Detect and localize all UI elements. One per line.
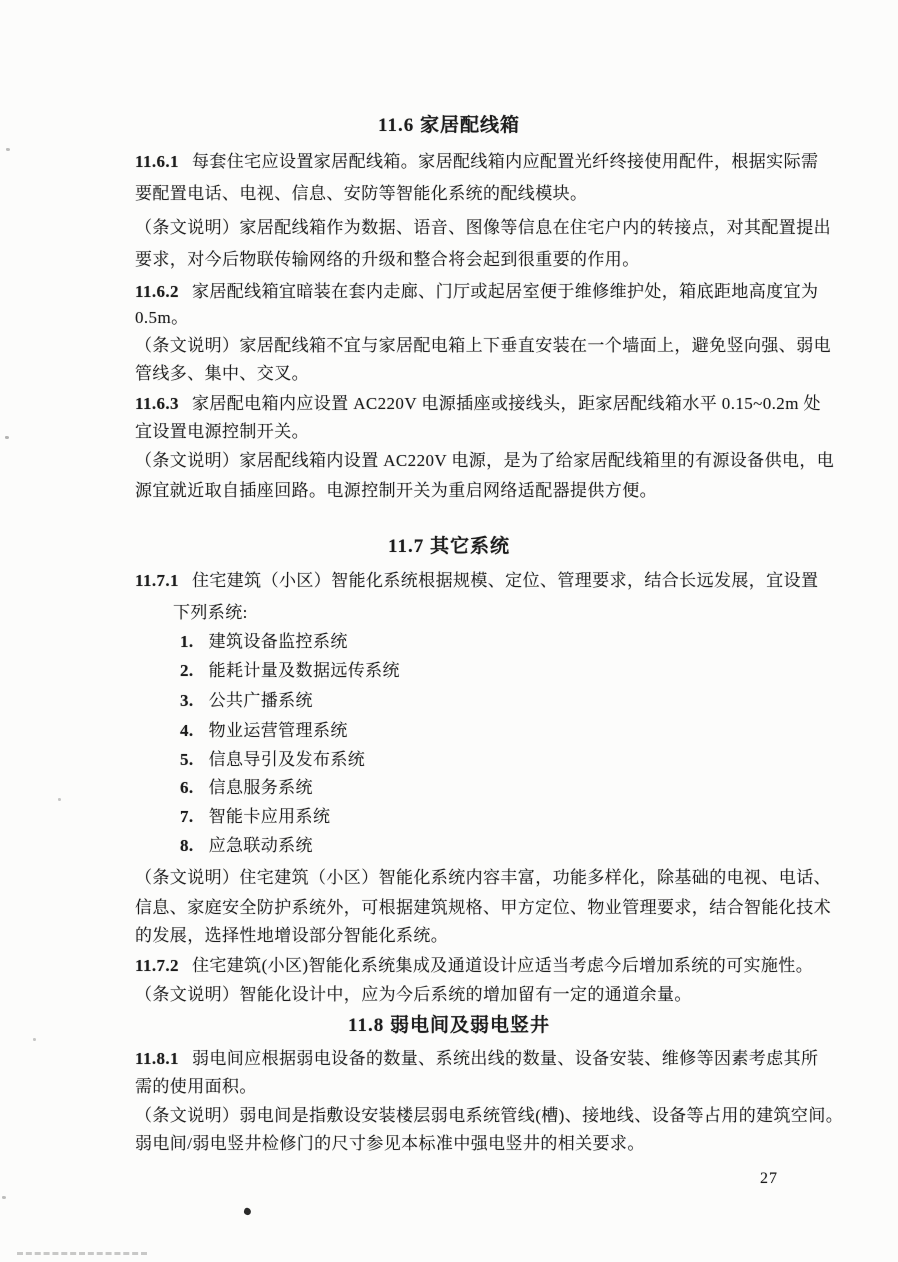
clause-line: 11.6.1每套住宅应设置家居配线箱。家居配线箱内应配置光纤终接使用配件，根据实… bbox=[135, 147, 795, 172]
section-heading-11-7: 11.7 其它系统 bbox=[0, 531, 898, 558]
body-line: 需的使用面积。 bbox=[135, 1072, 795, 1097]
line-text: 住宅建筑（小区）智能化系统根据规模、定位、管理要求，结合长远发展，宜设置 bbox=[192, 571, 818, 590]
line-text: 住宅建筑(小区)智能化系统集成及通道设计应适当考虑今后增加系统的可实施性。 bbox=[192, 956, 813, 975]
commentary-line: 弱电间/弱电竖井检修门的尺寸参见本标准中强电竖井的相关要求。 bbox=[135, 1129, 795, 1154]
commentary-line: （条文说明）家居配线箱作为数据、语音、图像等信息在住宅户内的转接点，对其配置提出 bbox=[135, 213, 795, 238]
commentary-line: 要求，对今后物联传输网络的升级和整合将会起到很重要的作用。 bbox=[135, 245, 795, 270]
line-text: 每套住宅应设置家居配线箱。家居配线箱内应配置光纤终接使用配件，根据实际需 bbox=[192, 152, 818, 171]
list-item-text: 建筑设备监控系统 bbox=[209, 632, 348, 651]
list-number: 5. bbox=[180, 750, 194, 769]
scan-artifact bbox=[6, 148, 10, 151]
list-number: 8. bbox=[180, 836, 194, 855]
list-item: 6.信息服务系统 bbox=[180, 773, 840, 798]
scan-artifact bbox=[243, 1207, 252, 1216]
list-item-text: 信息导引及发布系统 bbox=[209, 750, 366, 769]
scan-artifact bbox=[33, 1038, 36, 1041]
list-item-text: 公共广播系统 bbox=[209, 691, 313, 710]
scan-artifact bbox=[17, 1252, 147, 1255]
list-item: 4.物业运营管理系统 bbox=[180, 716, 840, 741]
scan-artifact bbox=[5, 436, 9, 439]
list-item-text: 信息服务系统 bbox=[209, 778, 313, 797]
list-number: 1. bbox=[180, 632, 194, 651]
commentary-line: 管线多、集中、交叉。 bbox=[135, 359, 795, 384]
list-number: 3. bbox=[180, 691, 194, 710]
commentary-line: （条文说明）住宅建筑（小区）智能化系统内容丰富，功能多样化，除基础的电视、电话、 bbox=[135, 863, 795, 888]
list-number: 6. bbox=[180, 778, 194, 797]
clause-number: 11.6.1 bbox=[135, 152, 179, 171]
line-text: 家居配电箱内应设置 AC220V 电源插座或接线头，距家居配线箱水平 0.15~… bbox=[192, 394, 821, 413]
list-item: 7.智能卡应用系统 bbox=[180, 802, 840, 827]
list-number: 2. bbox=[180, 661, 194, 680]
page-number: 27 bbox=[760, 1170, 778, 1188]
clause-number: 11.6.2 bbox=[135, 282, 179, 301]
list-item-text: 智能卡应用系统 bbox=[209, 807, 331, 826]
clause-line: 11.7.2住宅建筑(小区)智能化系统集成及通道设计应适当考虑今后增加系统的可实… bbox=[135, 951, 795, 976]
list-item: 8.应急联动系统 bbox=[180, 831, 840, 856]
clause-line: 11.7.1住宅建筑（小区）智能化系统根据规模、定位、管理要求，结合长远发展，宜… bbox=[135, 566, 795, 591]
list-item: 1.建筑设备监控系统 bbox=[180, 627, 840, 652]
commentary-line: （条文说明）智能化设计中，应为今后系统的增加留有一定的通道余量。 bbox=[135, 980, 795, 1005]
scan-artifact bbox=[2, 1196, 6, 1199]
clause-number: 11.6.3 bbox=[135, 394, 179, 413]
line-text: 家居配线箱宜暗装在套内走廊、门厅或起居室便于维修维护处，箱底距地高度宜为 bbox=[192, 282, 818, 301]
list-item: 5.信息导引及发布系统 bbox=[180, 745, 840, 770]
body-line: 宜设置电源控制开关。 bbox=[135, 417, 795, 442]
clause-line: 11.6.2家居配线箱宜暗装在套内走廊、门厅或起居室便于维修维护处，箱底距地高度… bbox=[135, 277, 795, 302]
commentary-line: （条文说明）家居配线箱内设置 AC220V 电源，是为了给家居配线箱里的有源设备… bbox=[135, 446, 795, 471]
clause-line: 11.6.3家居配电箱内应设置 AC220V 电源插座或接线头，距家居配线箱水平… bbox=[135, 389, 795, 414]
clause-number: 11.8.1 bbox=[135, 1049, 179, 1068]
list-item: 3.公共广播系统 bbox=[180, 686, 840, 711]
body-line: 0.5m。 bbox=[135, 303, 795, 328]
list-item-text: 能耗计量及数据远传系统 bbox=[209, 661, 400, 680]
body-line: 要配置电话、电视、信息、安防等智能化系统的配线模块。 bbox=[135, 179, 795, 204]
body-line: 下列系统: bbox=[173, 598, 833, 623]
scan-artifact bbox=[58, 798, 61, 801]
list-item-text: 物业运营管理系统 bbox=[209, 721, 348, 740]
commentary-line: 源宜就近取自插座回路。电源控制开关为重启网络适配器提供方便。 bbox=[135, 476, 795, 501]
clause-line: 11.8.1弱电间应根据弱电设备的数量、系统出线的数量、设备安装、维修等因素考虑… bbox=[135, 1044, 795, 1069]
commentary-line: （条文说明）家居配线箱不宜与家居配电箱上下垂直安装在一个墙面上，避免竖向强、弱电 bbox=[135, 331, 795, 356]
list-item: 2.能耗计量及数据远传系统 bbox=[180, 656, 840, 681]
commentary-line: 的发展，选择性地增设部分智能化系统。 bbox=[135, 921, 795, 946]
list-number: 7. bbox=[180, 807, 194, 826]
commentary-line: 信息、家庭安全防护系统外，可根据建筑规格、甲方定位、物业管理要求，结合智能化技术 bbox=[135, 893, 795, 918]
clause-number: 11.7.1 bbox=[135, 571, 179, 590]
clause-number: 11.7.2 bbox=[135, 956, 179, 975]
list-item-text: 应急联动系统 bbox=[209, 836, 313, 855]
section-heading-11-8: 11.8 弱电间及弱电竖井 bbox=[0, 1010, 898, 1037]
commentary-line: （条文说明）弱电间是指敷设安装楼层弱电系统管线(槽)、接地线、设备等占用的建筑空… bbox=[135, 1101, 795, 1126]
list-number: 4. bbox=[180, 721, 194, 740]
document-page: 11.6 家居配线箱 11.6.1每套住宅应设置家居配线箱。家居配线箱内应配置光… bbox=[0, 0, 898, 1262]
section-heading-11-6: 11.6 家居配线箱 bbox=[0, 110, 898, 137]
line-text: 弱电间应根据弱电设备的数量、系统出线的数量、设备安装、维修等因素考虑其所 bbox=[192, 1049, 818, 1068]
